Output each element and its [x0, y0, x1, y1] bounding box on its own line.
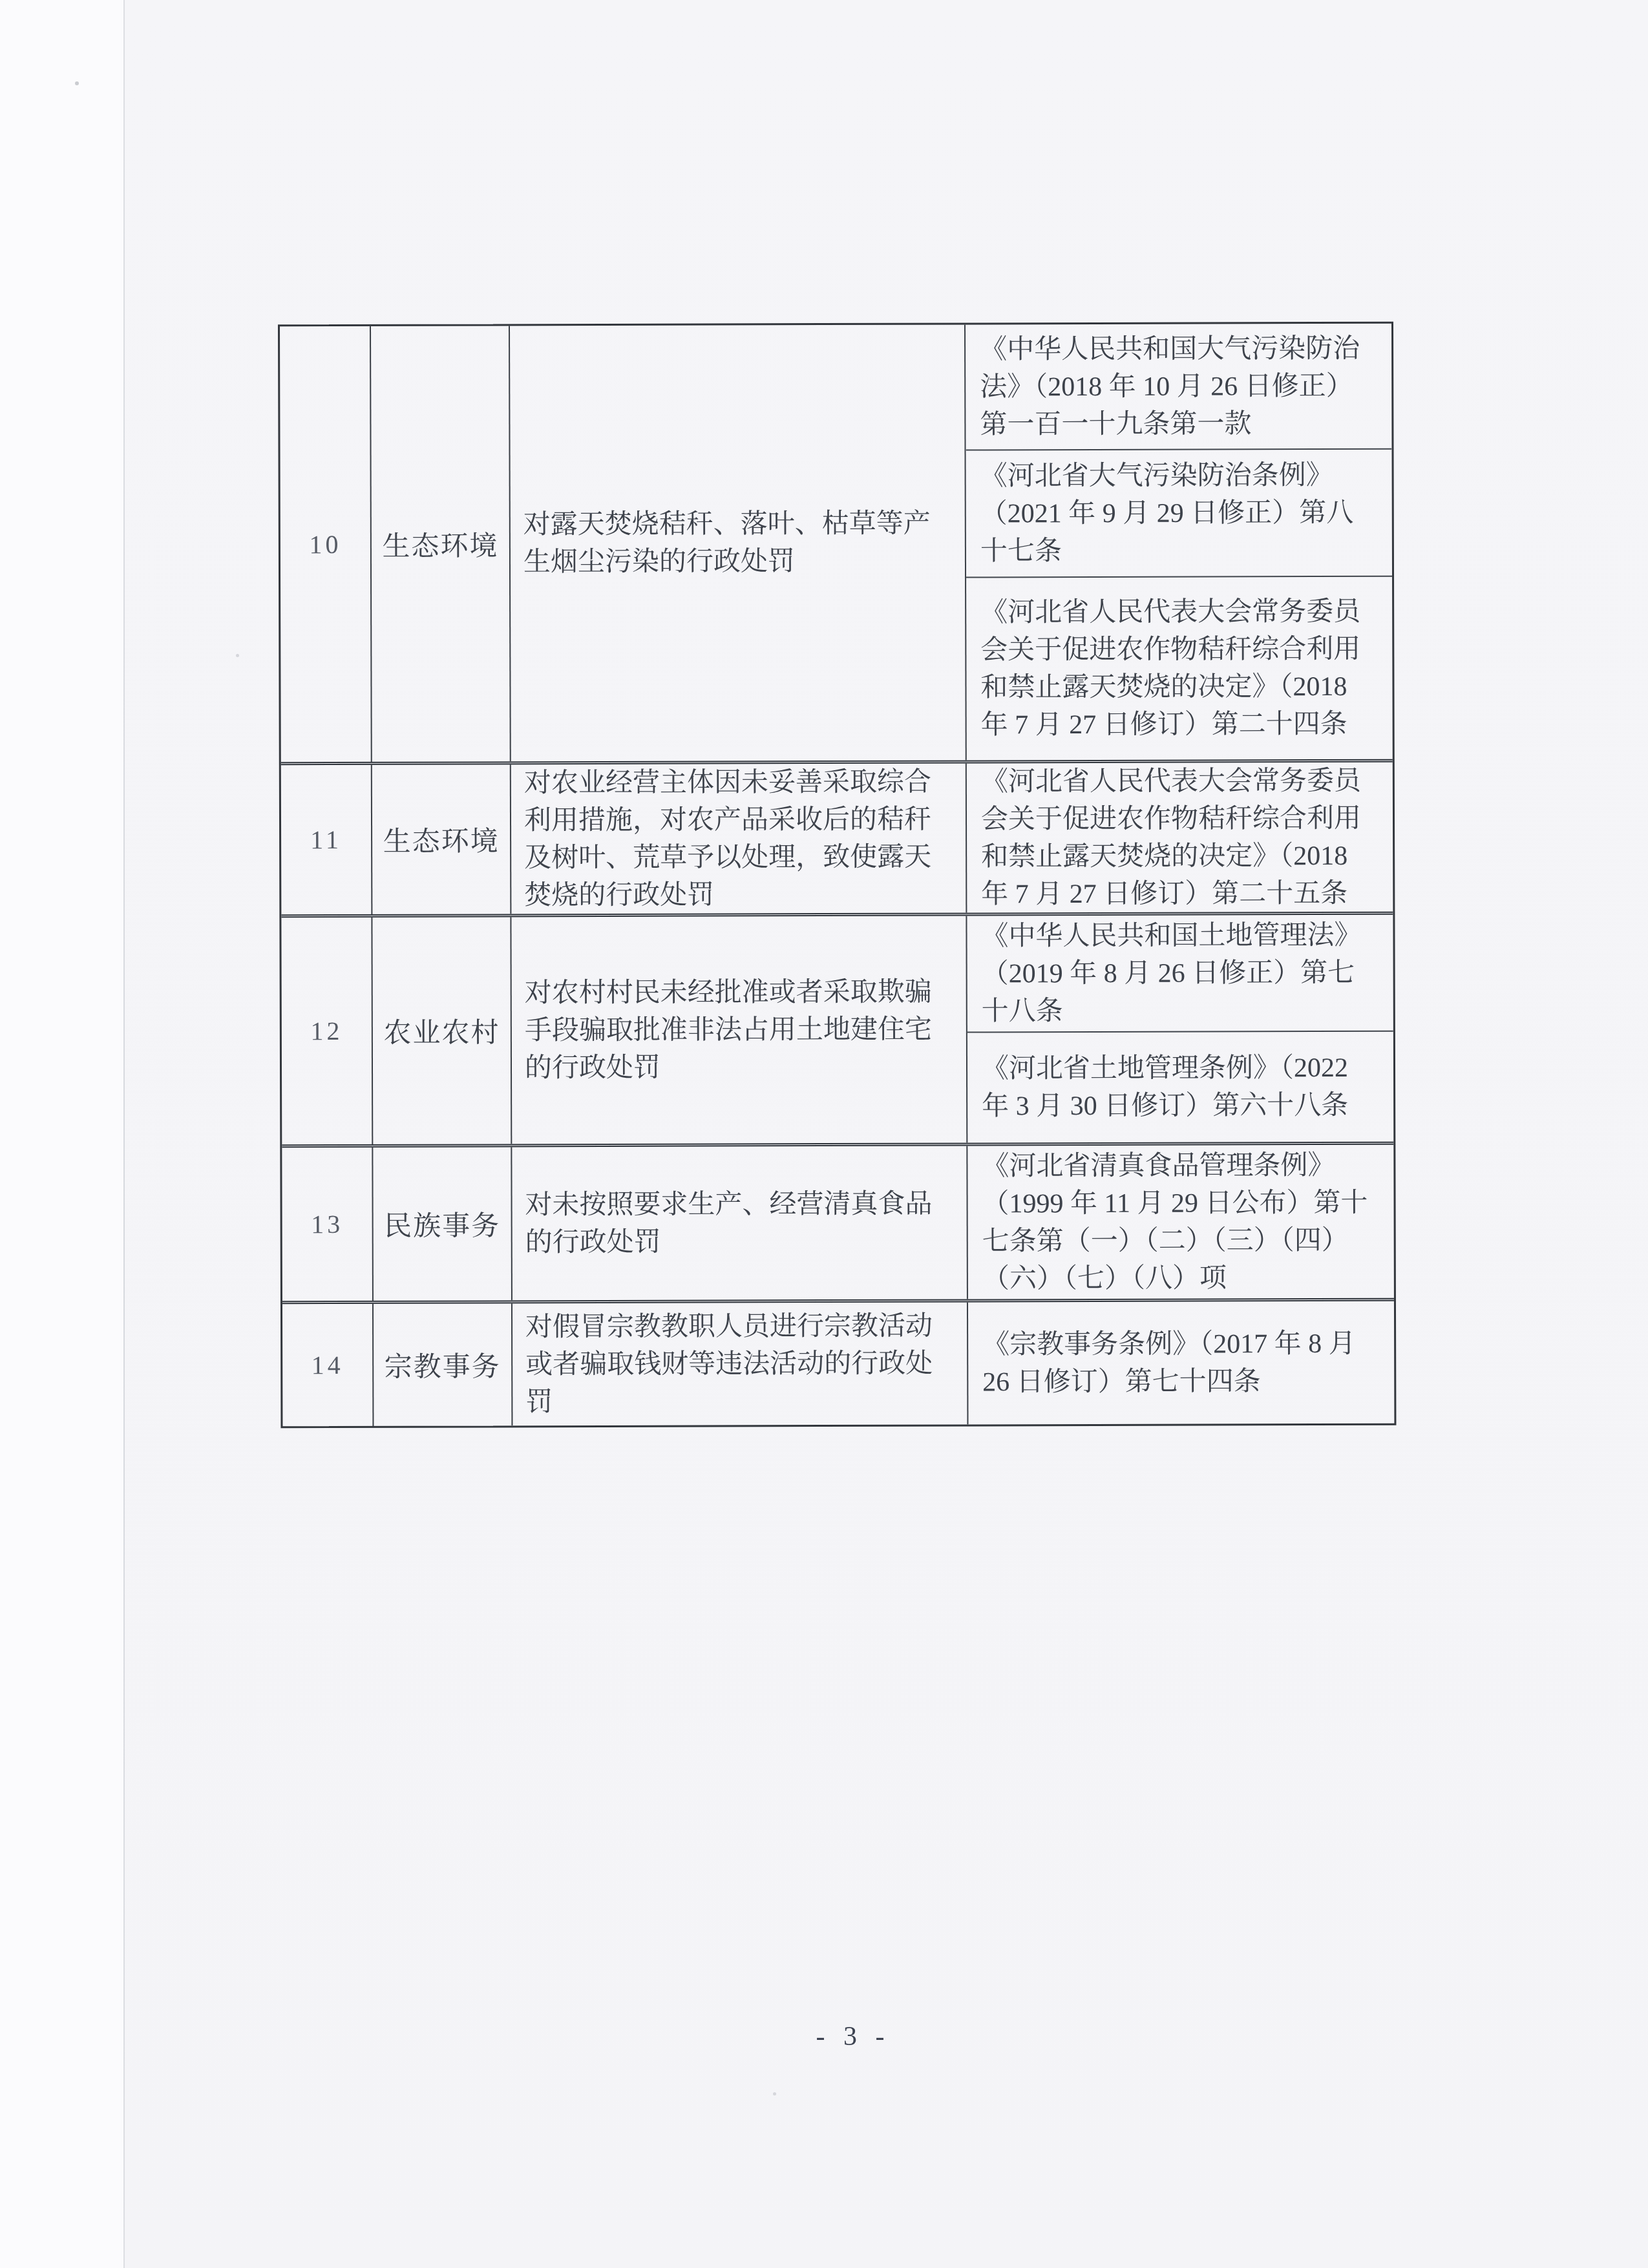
matter-cell: 对农业经营主体因未妥善采取综合 利用措施，对农产品采收后的秸秆 及树叶、荒草予以… — [510, 763, 966, 914]
category-cell: 生态环境 — [370, 326, 510, 762]
page-fold-shading — [0, 0, 123, 2268]
legal-basis-item: 《河北省人民代表大会常务委员 会关于促进农作物秸秆综合利用 和禁止露天焚烧的决定… — [967, 762, 1393, 913]
row-number-cell: 14 — [282, 1304, 372, 1426]
admin-penalty-table: 10 生态环境 对露天焚烧秸秆、落叶、枯草等产 生烟尘污染的行政处罚 《中华人民… — [278, 322, 1396, 1429]
legal-basis-item: 《河北省人民代表大会常务委员 会关于促进农作物秸秆综合利用 和禁止露天焚烧的决定… — [966, 576, 1393, 761]
legal-basis-item: 《宗教事务条例》（2017 年 8 月 26 日修订）第七十四条 — [968, 1301, 1394, 1425]
matter-cell: 对假冒宗教教职人员进行宗教活动 或者骗取钱财等违法活动的行政处 罚 — [511, 1302, 967, 1425]
scan-speck — [75, 81, 79, 85]
legal-basis-item: 《中华人民共和国大气污染防治 法》（2018 年 10 月 26 日修正） 第一… — [966, 324, 1392, 450]
scan-speck — [236, 654, 239, 657]
table-row: 12 农业农村 对农村村民未经批准或者采取欺骗 手段骗取批准非法占用土地建住宅 … — [281, 912, 1393, 1145]
category-cell: 生态环境 — [371, 764, 511, 914]
row-number-cell: 11 — [281, 765, 372, 914]
legal-basis-item: 《河北省土地管理条例》（2022 年 3 月 30 日修订）第六十八条 — [967, 1031, 1393, 1143]
legal-basis-cell: 《宗教事务条例》（2017 年 8 月 26 日修订）第七十四条 — [967, 1301, 1394, 1425]
row-number-cell: 13 — [282, 1148, 372, 1301]
page-number: - 3 - — [816, 2021, 891, 2052]
category-cell: 宗教事务 — [372, 1303, 511, 1426]
legal-basis-cell: 《河北省清真食品管理条例》 （1999 年 11 月 29 日公布）第十 七条第… — [966, 1145, 1394, 1299]
matter-cell: 对农村村民未经批准或者采取欺骗 手段骗取批准非法占用土地建住宅 的行政处罚 — [510, 916, 966, 1144]
legal-basis-cell: 《河北省人民代表大会常务委员 会关于促进农作物秸秆综合利用 和禁止露天焚烧的决定… — [966, 762, 1393, 913]
matter-cell: 对未按照要求生产、经营清真食品 的行政处罚 — [511, 1146, 967, 1300]
legal-basis-item: 《河北省清真食品管理条例》 （1999 年 11 月 29 日公布）第十 七条第… — [967, 1145, 1394, 1299]
page-fold-line — [123, 0, 125, 2268]
table-row: 13 民族事务 对未按照要求生产、经营清真食品 的行政处罚 《河北省清真食品管理… — [282, 1142, 1394, 1301]
scan-speck — [773, 2092, 776, 2095]
table-row: 11 生态环境 对农业经营主体因未妥善采取综合 利用措施，对农产品采收后的秸秆 … — [281, 759, 1393, 915]
scanned-document-page: 10 生态环境 对露天焚烧秸秆、落叶、枯草等产 生烟尘污染的行政处罚 《中华人民… — [0, 0, 1648, 2268]
category-cell: 农业农村 — [371, 917, 511, 1144]
legal-basis-item: 《中华人民共和国土地管理法》 （2019 年 8 月 26 日修正）第七 十八条 — [967, 915, 1393, 1032]
category-cell: 民族事务 — [372, 1147, 511, 1301]
matter-cell: 对露天焚烧秸秆、落叶、枯草等产 生烟尘污染的行政处罚 — [509, 324, 966, 761]
legal-basis-cell: 《中华人民共和国大气污染防治 法》（2018 年 10 月 26 日修正） 第一… — [964, 324, 1393, 761]
row-number-cell: 10 — [280, 326, 371, 762]
row-number-cell: 12 — [281, 918, 372, 1144]
legal-basis-cell: 《中华人民共和国土地管理法》 （2019 年 8 月 26 日修正）第七 十八条… — [966, 915, 1393, 1143]
table-row: 10 生态环境 对露天焚烧秸秆、落叶、枯草等产 生烟尘污染的行政处罚 《中华人民… — [280, 324, 1393, 762]
legal-basis-item: 《河北省大气污染防治条例》 （2021 年 9 月 29 日修正）第八 十七条 — [966, 448, 1393, 577]
table-row: 14 宗教事务 对假冒宗教教职人员进行宗教活动 或者骗取钱财等违法活动的行政处 … — [282, 1298, 1395, 1427]
